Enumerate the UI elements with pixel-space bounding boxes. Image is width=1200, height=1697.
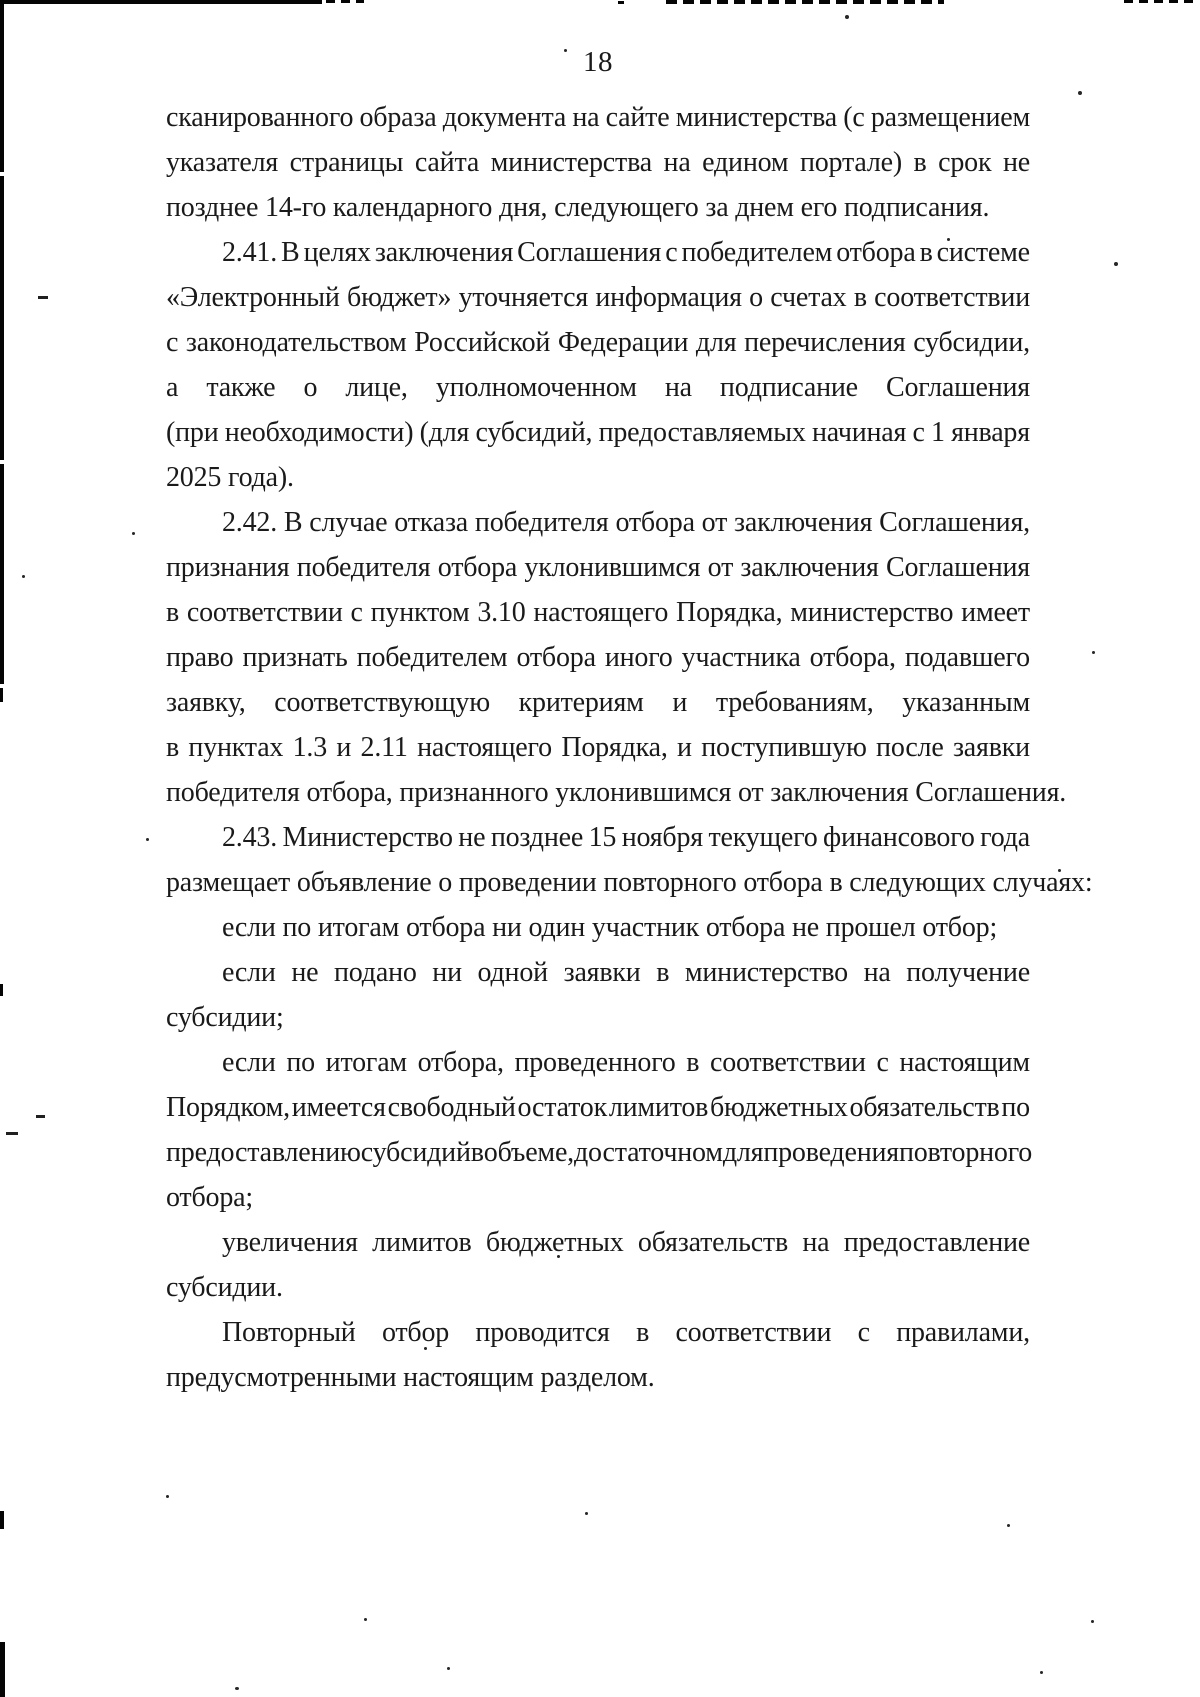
paragraph: если по итогам отбора ни один участник о… (166, 905, 1030, 950)
scan-border-top (326, 0, 364, 3)
page-number: 18 (166, 46, 1030, 79)
scan-speck (1092, 651, 1095, 654)
text-line: если по итогам отбора ни один участник о… (166, 905, 1030, 950)
scan-speck (1040, 1671, 1043, 1674)
text-line: предоставлениюсубсидийвобъеме,достаточно… (166, 1130, 1030, 1175)
scan-speck (235, 1687, 239, 1690)
paragraph: еслипоитогамотбора,проведенноговсоответс… (166, 1040, 1030, 1220)
text-line: сканированногообразадокументанасайтемини… (166, 95, 1030, 140)
text-line: всоответствииспунктом3.10настоящегоПоряд… (166, 590, 1030, 635)
scan-speck (364, 1618, 367, 1621)
scan-speck (1114, 262, 1118, 266)
scan-speck (132, 532, 135, 535)
scan-speck (447, 1667, 450, 1670)
scan-speck (22, 575, 25, 578)
scan-speck (1078, 91, 1082, 95)
text-line: еслипоитогамотбора,проведенноговсоответс… (166, 1040, 1030, 1085)
scan-speck (585, 1512, 588, 1515)
scan-border-top (0, 0, 322, 4)
text-line: увеличениялимитовбюджетныхобязательствна… (166, 1220, 1030, 1265)
text-line: отбора; (166, 1175, 1030, 1220)
paragraph: увеличениялимитовбюджетныхобязательствна… (166, 1220, 1030, 1310)
scan-border-left (0, 0, 4, 172)
scan-border-top (666, 0, 944, 4)
scan-border-top (1124, 0, 1196, 3)
text-line: позднее 14-го календарного дня, следующе… (166, 185, 1030, 230)
text-line: 2.43.Министерствонепозднее15ноябрятекуще… (166, 815, 1030, 860)
paragraph: 2.42.Вслучаеотказапобедителяотбораотзакл… (166, 500, 1030, 815)
scan-border-left (0, 688, 3, 702)
text-line: сзаконодательствомРоссийскойФедерациидля… (166, 320, 1030, 365)
paragraph: 2.41.ВцеляхзаключенияСоглашенияспобедите… (166, 230, 1030, 500)
text-line: 2.41.ВцеляхзаключенияСоглашенияспобедите… (166, 230, 1030, 275)
scan-speck (38, 296, 48, 299)
text-line: Повторныйотборпроводитсявсоответствииспр… (166, 1310, 1030, 1355)
paragraph: 2.43.Министерствонепозднее15ноябрятекуще… (166, 815, 1030, 905)
text-line: субсидии. (166, 1265, 1030, 1310)
text-line: победителя отбора, признанного уклонивши… (166, 770, 1030, 815)
scan-speck (146, 838, 149, 841)
scan-speck (6, 1132, 18, 1135)
scan-border-left (0, 984, 3, 996)
text-line: заявку,соответствующуюкритериямитребован… (166, 680, 1030, 725)
scan-speck (845, 15, 849, 19)
scan-speck (1007, 1524, 1010, 1527)
text-line: еслинеподанониоднойзаявкивминистерствона… (166, 950, 1030, 995)
paragraph: Повторныйотборпроводитсявсоответствииспр… (166, 1310, 1030, 1400)
document-body: сканированногообразадокументанасайтемини… (166, 95, 1030, 1400)
text-line: Порядком,имеетсясвободныйостатоклимитовб… (166, 1085, 1030, 1130)
scan-border-left (0, 1642, 5, 1697)
scan-speck (36, 1115, 45, 1118)
text-line: размещает объявление о проведении повтор… (166, 860, 1030, 905)
text-line: субсидии; (166, 995, 1030, 1040)
paragraph: еслинеподанониоднойзаявкивминистерствона… (166, 950, 1030, 1040)
paragraph: сканированногообразадокументанасайтемини… (166, 95, 1030, 230)
scan-border-left (0, 464, 4, 684)
text-line: 2.42.Вслучаеотказапобедителяотбораотзакл… (166, 500, 1030, 545)
text-line: атакжеолице,уполномоченномнаподписаниеСо… (166, 365, 1030, 410)
scanned-document-page: 18 сканированногообразадокументанасайтем… (0, 0, 1200, 1697)
text-line: (принеобходимости)(длясубсидий,предостав… (166, 410, 1030, 455)
scan-speck (1091, 1620, 1094, 1623)
text-line: предусмотренными настоящим разделом. (166, 1355, 1030, 1400)
scan-border-left (0, 1511, 4, 1529)
scan-border-left (0, 176, 4, 460)
text-line: «Электронныйбюджет»уточняетсяинформацияо… (166, 275, 1030, 320)
text-line: правопризнатьпобедителемотбораиногоучаст… (166, 635, 1030, 680)
text-line: признанияпобедителяотборауклонившимсяотз… (166, 545, 1030, 590)
scan-border-top (618, 1, 624, 4)
text-line: впунктах1.3и2.11настоящегоПорядка,ипосту… (166, 725, 1030, 770)
text-line: указателястраницысайтаминистерстванаедин… (166, 140, 1030, 185)
scan-speck (166, 1495, 169, 1498)
text-line: 2025 года). (166, 455, 1030, 500)
